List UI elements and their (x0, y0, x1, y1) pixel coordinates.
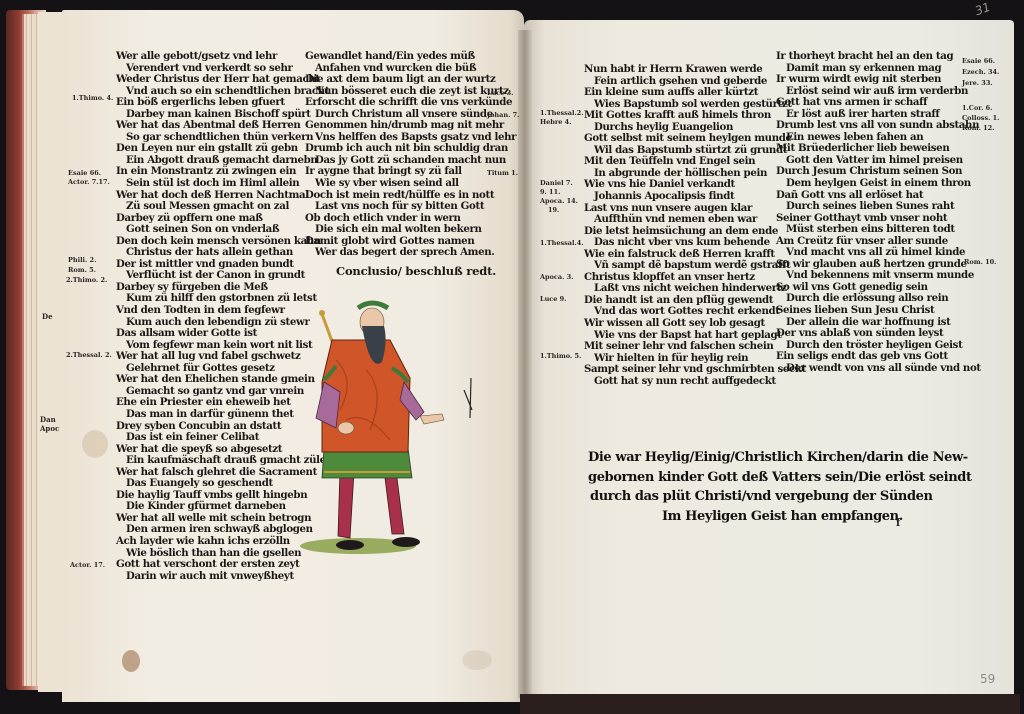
edge-fragment: Dan (40, 415, 56, 424)
marginal-reference: Johan. 7. (487, 112, 519, 120)
book-gutter (518, 30, 532, 698)
verse-line: Darin wir auch mit vnweyßheyt (116, 571, 340, 583)
crown-wreath-icon (358, 303, 388, 308)
verse-line: Gott hat vns armen ir schaff (776, 97, 981, 109)
marginal-reference: 2.Thessal. 2. (66, 352, 112, 360)
verse-line: Last vns noch für sy bitten Gott (305, 201, 516, 213)
marginal-reference: Esaie 66. (962, 58, 995, 66)
marginal-reference: 1.Cor. 6. (962, 105, 992, 113)
verse-line: Mit seiner lehr vnd falschen schein (584, 341, 806, 353)
marginal-reference: Luce 3. (487, 90, 513, 98)
marginal-reference: 1.Thessal.2. (540, 110, 584, 118)
book-bottom-edge (520, 694, 1020, 714)
verse-line: Seines lieben Sun Jesu Christ (776, 305, 981, 317)
verse-line: Nun habt ir Herrn Krawen werde (584, 64, 806, 76)
pencil-folio-mark: 31 (973, 0, 992, 18)
paper-stain (82, 430, 108, 458)
conclusio-heading: Conclusio/ beschluß redt. (336, 264, 496, 278)
verse-line: Auffthün vnd nemen eben war (584, 214, 806, 226)
verse-line: Wir wissen all Gott sey lob gesagt (584, 318, 806, 330)
closing-line: gebornen kinder Gott deß Vatters sein/Di… (588, 468, 968, 488)
marginal-reference: Rom. 12. (962, 125, 994, 133)
marginal-reference: Titum 1. (487, 170, 518, 178)
verse-line: Der vns ablaß von sünden leyst (776, 328, 981, 340)
verse-line: Ir wurm wirdt ewig nit sterben (776, 74, 981, 86)
verse-line: Gott hat verschont der ersten zeyt (116, 559, 340, 571)
marginal-reference: Jere. 33. (962, 80, 993, 88)
marginal-reference: Colloss. 1. (962, 115, 999, 123)
verse-line: Gott hat sy nun recht auffgedeckt (584, 376, 806, 388)
verse-line: Johannis Apocalipsis findt (584, 191, 806, 203)
closing-line: Die war Heylig/Einig/Christlich Kirchen/… (588, 448, 968, 468)
marginal-reference: Rom. 10. (964, 259, 996, 267)
signature-mark: f (896, 518, 900, 529)
marginal-reference: Ezech. 34. (962, 69, 999, 77)
marginal-reference: 9. 11. (540, 189, 560, 197)
verse-line: Dem heylgen Geist in einem thron (776, 178, 981, 190)
marginal-reference: Phili. 2. (68, 257, 96, 265)
closing-line: durch das plüt Christi/vnd vergebung der… (588, 487, 968, 507)
marginal-reference: Actor. 17. (70, 562, 105, 570)
marginal-reference: Apoca. 14. (540, 198, 578, 206)
marginal-reference: 1.Thimo. 5. (540, 353, 581, 361)
marginal-reference: Esaie 66. (68, 170, 101, 178)
king-woodcut-illustration (296, 300, 476, 560)
verse-line: Die axt dem baum ligt an der wurtz (305, 74, 516, 86)
verse-line: Erforscht die schrifft die vns verkünde (305, 97, 516, 109)
verse-line: Ir thorheyt bracht hel an den tag (776, 51, 981, 63)
right-page-verse-column-1: Nun habt ir Herrn Krawen werdeFein artli… (584, 64, 806, 387)
marginal-reference: Luce 9. (540, 296, 566, 304)
marginal-reference: Actor. 7.17. (68, 179, 110, 187)
verse-line: Wie sy vber wisen seind all (305, 178, 516, 190)
verse-line: Mit Gottes krafft auß himels thron (584, 110, 806, 122)
pencil-page-number: 59 (980, 672, 995, 686)
verse-line: Der wendt von vns all sünde vnd not (776, 363, 981, 375)
left-page-verse-column-2: Gewandlet hand/Ein yedes müßAnfahen vnd … (305, 51, 516, 259)
marginal-reference: 19. (548, 207, 559, 215)
verse-line: Durch seines lieben Sunes raht (776, 201, 981, 213)
marginal-reference: 2.Thimo. 2. (66, 277, 107, 285)
marginal-reference: Daniel 7. (540, 180, 573, 188)
verse-line: Wer das begert der sprech Amen. (305, 247, 516, 259)
paper-stain (122, 650, 140, 672)
verse-line: Gewandlet hand/Ein yedes müß (305, 51, 516, 63)
closing-line: Im Heyligen Geist han empfangen. (588, 507, 968, 527)
marginal-reference: 1.Thessal.4. (540, 240, 584, 248)
paper-stain (462, 650, 492, 670)
edge-fragment: Apoc (40, 424, 59, 433)
verse-line: Ein kleine sum auffs aller kürtzt (584, 87, 806, 99)
marginal-reference: Apoca. 3. (540, 274, 573, 282)
marginal-reference: 1.Thimo. 4. (72, 95, 113, 103)
pen-mark (464, 378, 472, 418)
right-page-verse-column-2: Ir thorheyt bracht hel an den tagDamit m… (776, 51, 981, 374)
edge-fragment: De (42, 312, 53, 321)
marginal-reference: Rom. 5. (68, 267, 96, 275)
closing-paragraph: Die war Heylig/Einig/Christlich Kirchen/… (588, 448, 968, 526)
open-book: De Dan Apoc Wer alle gebott/gsetz vnd le… (0, 0, 1024, 714)
marginal-reference: Hebre 4. (540, 119, 571, 127)
